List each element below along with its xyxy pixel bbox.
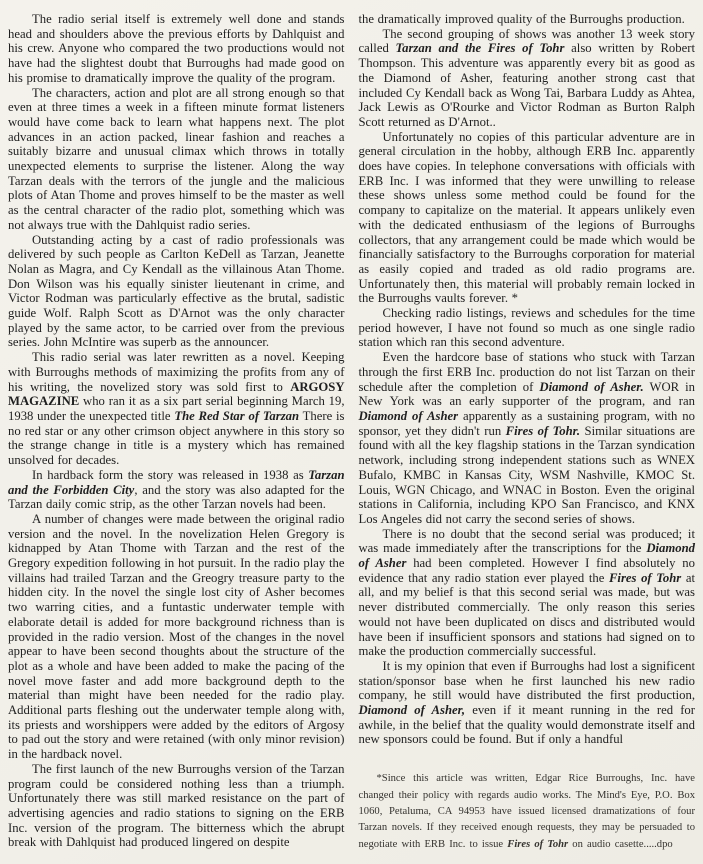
paragraph: The characters, action and plot are all … [8, 86, 345, 233]
scanned-article-page: The radio serial itself is extremely wel… [0, 0, 703, 864]
text-segment: A number of changes were made between th… [8, 512, 345, 761]
paragraph: Unfortunately no copies of this particul… [359, 130, 696, 306]
article-column-right: the dramatically improved quality of the… [359, 12, 696, 864]
text-segment: Diamond of Asher, [359, 703, 466, 717]
text-segment: The Red Star of Tarzan [174, 409, 299, 423]
text-segment: The characters, action and plot are all … [8, 86, 345, 232]
text-segment: Diamond of Asher [359, 409, 459, 423]
paragraph: Checking radio listings, reviews and sch… [359, 306, 696, 350]
article-column-left: The radio serial itself is extremely wel… [8, 12, 345, 864]
text-segment: Fires of Tohr [507, 839, 568, 850]
text-segment: Diamond of Asher. [539, 380, 643, 394]
text-segment: Fires of Tohr. [506, 424, 580, 438]
text-segment: Unfortunately no copies of this particul… [359, 130, 696, 306]
text-segment: In hardback form the story was released … [32, 468, 308, 482]
text-segment: on audio casette.....dpo [568, 839, 673, 850]
text-segment: There is no doubt that the second serial… [359, 527, 696, 556]
paragraph: Even the hardcore base of stations who s… [359, 350, 696, 526]
paragraph: In hardback form the story was released … [8, 468, 345, 512]
text-segment: The radio serial itself is extremely wel… [8, 12, 345, 85]
paragraph: It is my opinion that even if Burroughs … [359, 659, 696, 747]
text-segment: Similar situations are found with all th… [359, 424, 696, 526]
paragraph: There is no doubt that the second serial… [359, 527, 696, 659]
paragraph: A number of changes were made between th… [8, 512, 345, 762]
paragraph: The second grouping of shows was another… [359, 27, 696, 130]
text-segment: Outstanding acting by a cast of radio pr… [8, 233, 345, 350]
text-segment: the dramatically improved quality of the… [359, 12, 685, 26]
paragraph: Outstanding acting by a cast of radio pr… [8, 233, 345, 351]
article-column-right-body: the dramatically improved quality of the… [359, 12, 696, 747]
paragraph: *Since this article was written, Edgar R… [359, 771, 696, 853]
text-segment: Checking radio listings, reviews and sch… [359, 306, 696, 349]
text-segment: It is my opinion that even if Burroughs … [359, 659, 696, 702]
paragraph: This radio serial was later rewritten as… [8, 350, 345, 468]
footnote: *Since this article was written, Edgar R… [359, 771, 696, 853]
text-segment: Fires of Tohr [609, 571, 681, 585]
text-segment: The first launch of the new Burroughs ve… [8, 762, 345, 850]
paragraph: the dramatically improved quality of the… [359, 12, 696, 27]
text-segment: Tarzan and the Fires of Tohr [396, 41, 565, 55]
paragraph: The first launch of the new Burroughs ve… [8, 762, 345, 850]
paragraph: The radio serial itself is extremely wel… [8, 12, 345, 86]
